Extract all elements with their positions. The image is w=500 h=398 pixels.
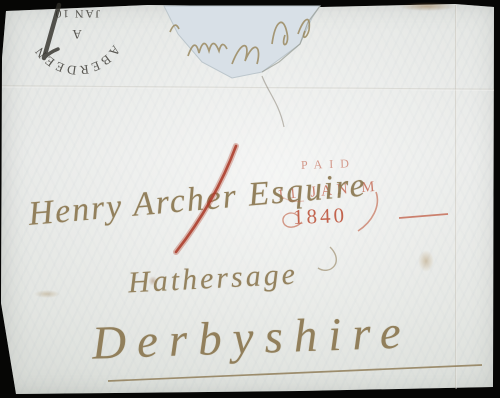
county-underline-flourish [108, 365, 482, 381]
paper-crack-line [262, 76, 284, 127]
photo-frame: ABERDEEN A JAN 10 PAID 11 JAN M 1840 Hen… [0, 0, 500, 398]
manuscript-red-rate-1 [176, 146, 236, 252]
esquire-flourish-tail [318, 247, 336, 270]
paid-stamp-frame-fragments [282, 192, 377, 231]
ink-overlay [0, 0, 500, 398]
red-dash [399, 214, 448, 218]
